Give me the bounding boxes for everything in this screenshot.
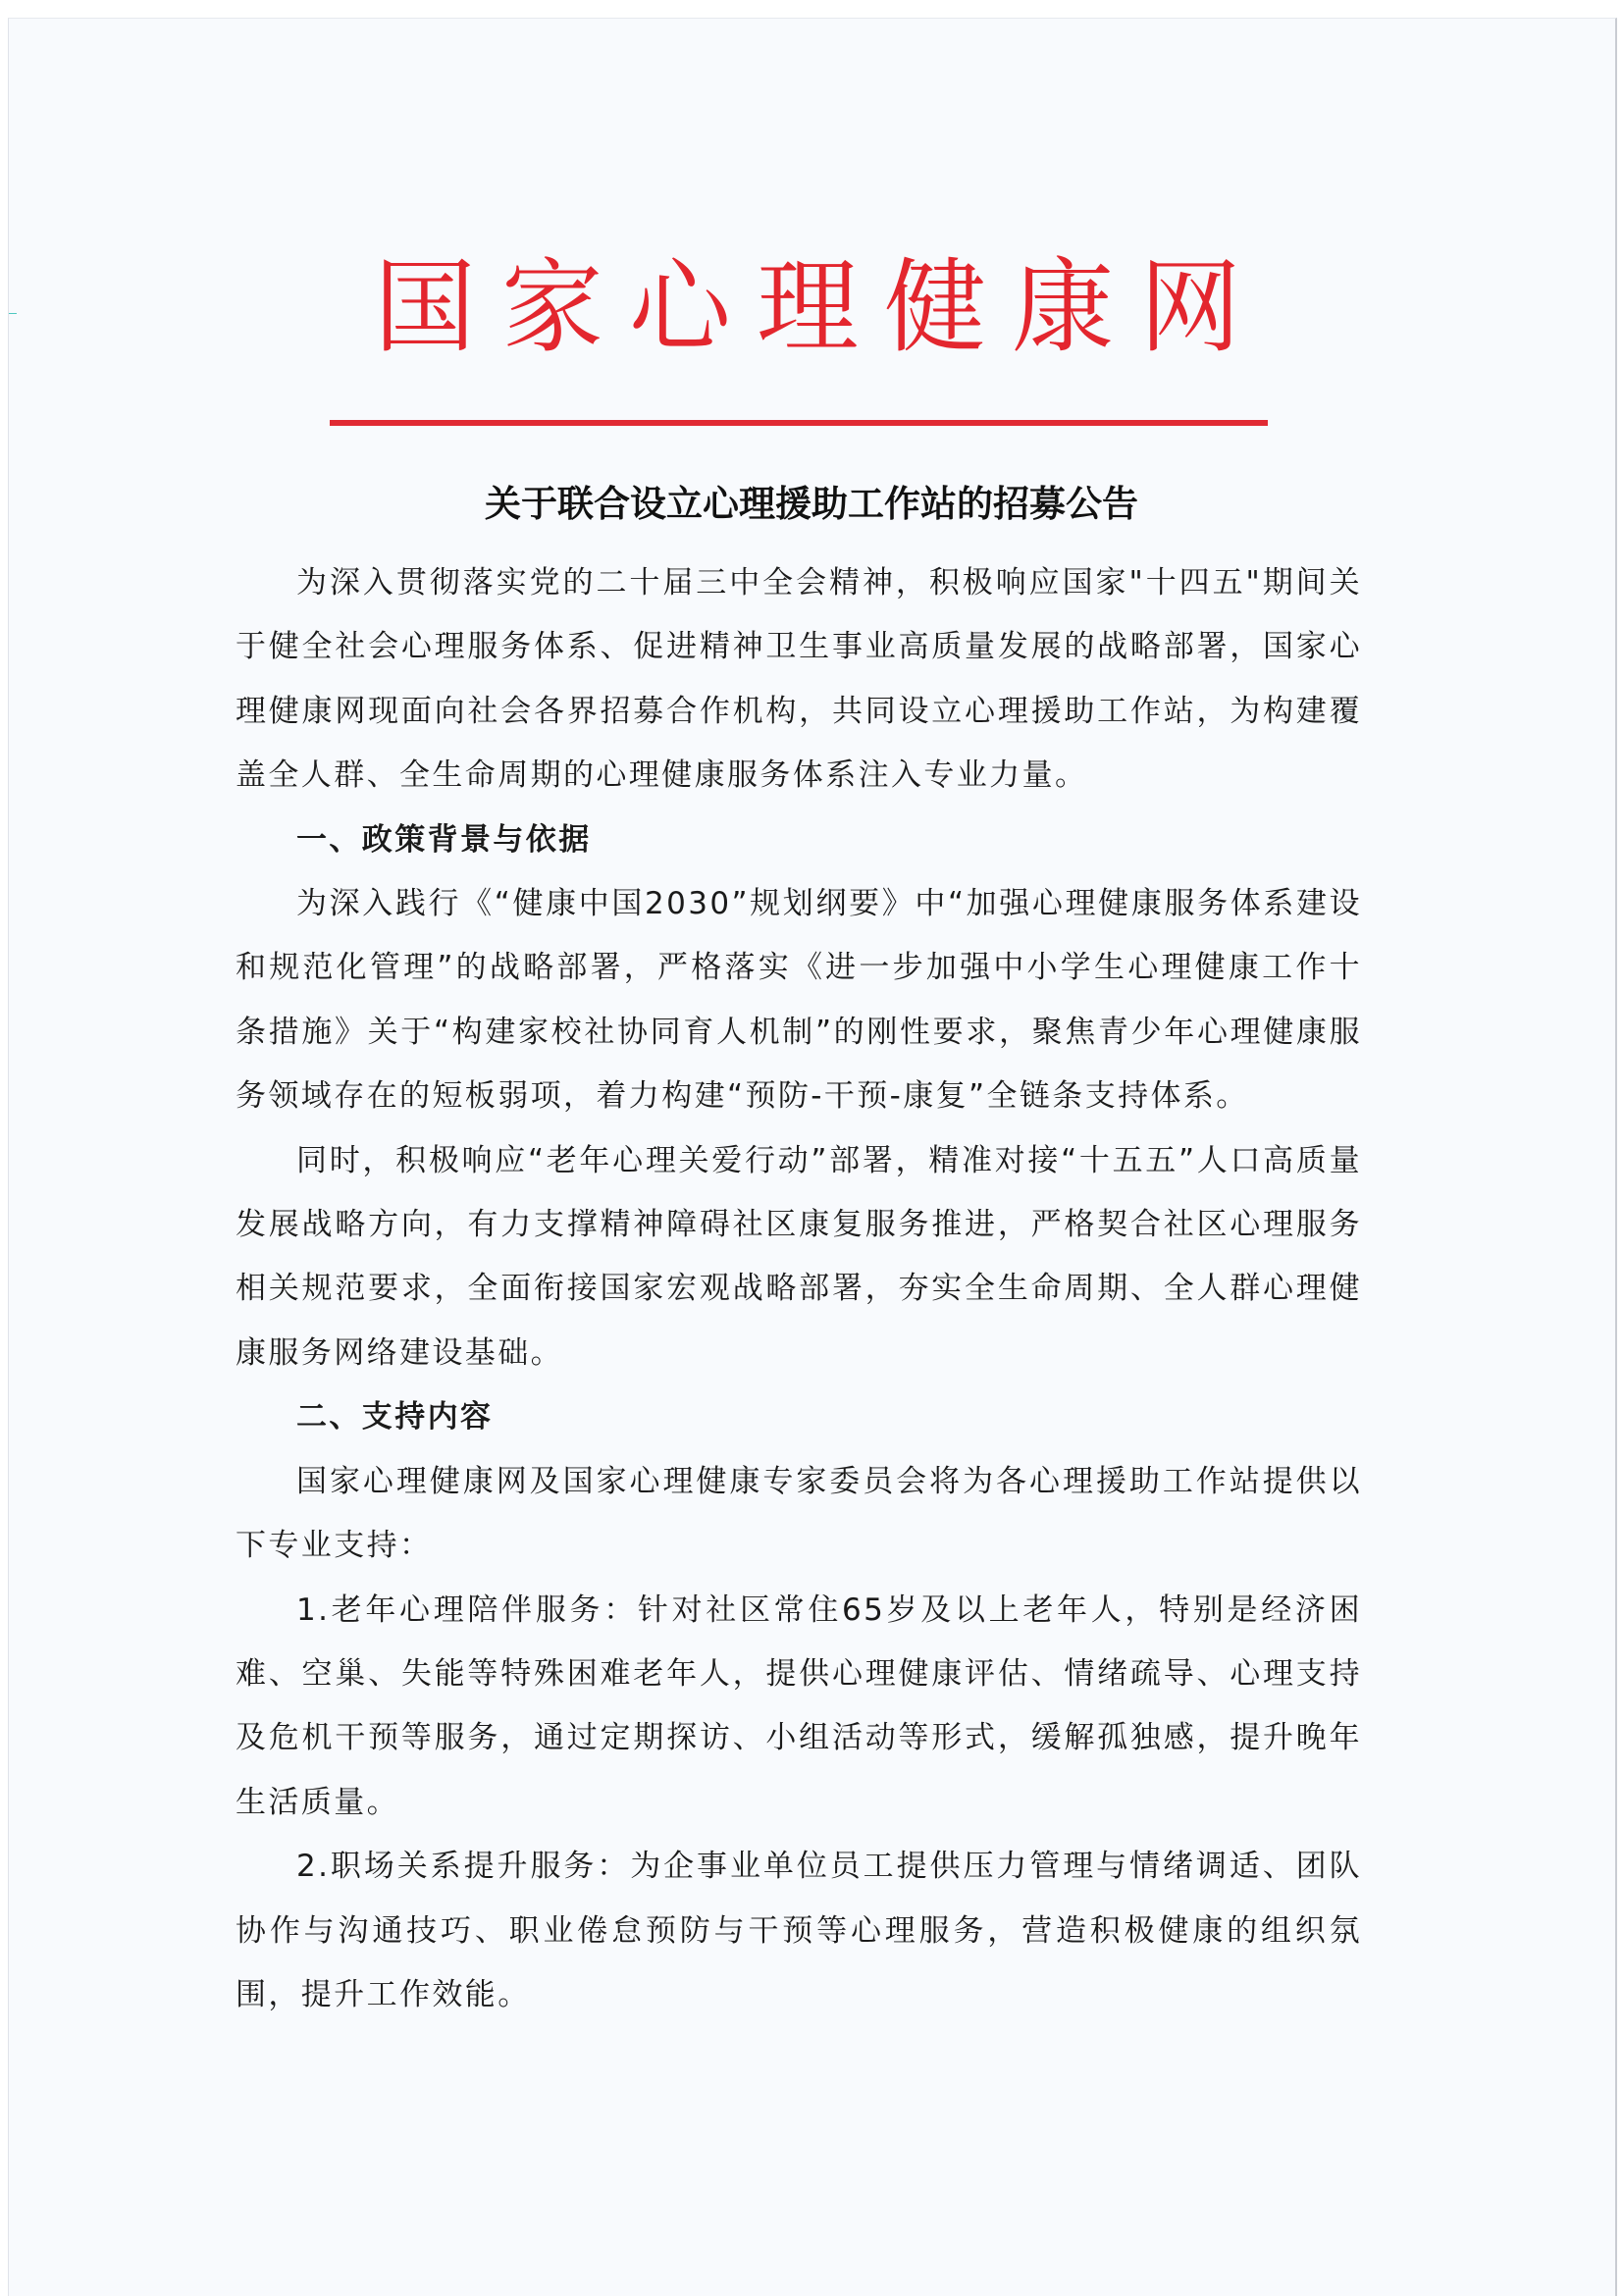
red-divider-rule [330,420,1268,426]
support-intro-paragraph: 国家心理健康网及国家心理健康专家委员会将为各心理援助工作站提供以下专业支持： [236,1450,1362,1579]
document-title: 关于联合设立心理援助工作站的招募公告 [0,477,1623,532]
section-heading-policy-background: 一、政策背景与依据 [236,809,1362,872]
intro-paragraph: 为深入贯彻落实党的二十届三中全会精神，积极响应国家"十四五"期间关于健全社会心理… [236,551,1362,809]
support-item-workplace-relations: 2.职场关系提升服务：为企事业单位员工提供压力管理与情绪调适、团队协作与沟通技巧… [236,1835,1362,2027]
masthead-title: 国家心理健康网 [0,243,1623,371]
policy-paragraph-2: 同时，积极响应“老年心理关爱行动”部署，精准对接“十五五”人口高质量发展战略方向… [236,1129,1362,1386]
document-body: 为深入贯彻落实党的二十届三中全会精神，积极响应国家"十四五"期间关于健全社会心理… [236,551,1362,2027]
section-heading-support-content: 二、支持内容 [236,1385,1362,1449]
support-item-elderly-companionship: 1.老年心理陪伴服务：针对社区常住65岁及以上老年人，特别是经济困难、空巢、失能… [236,1579,1362,1836]
policy-paragraph-1: 为深入践行《“健康中国2030”规划纲要》中“加强心理健康服务体系建设和规范化管… [236,872,1362,1129]
